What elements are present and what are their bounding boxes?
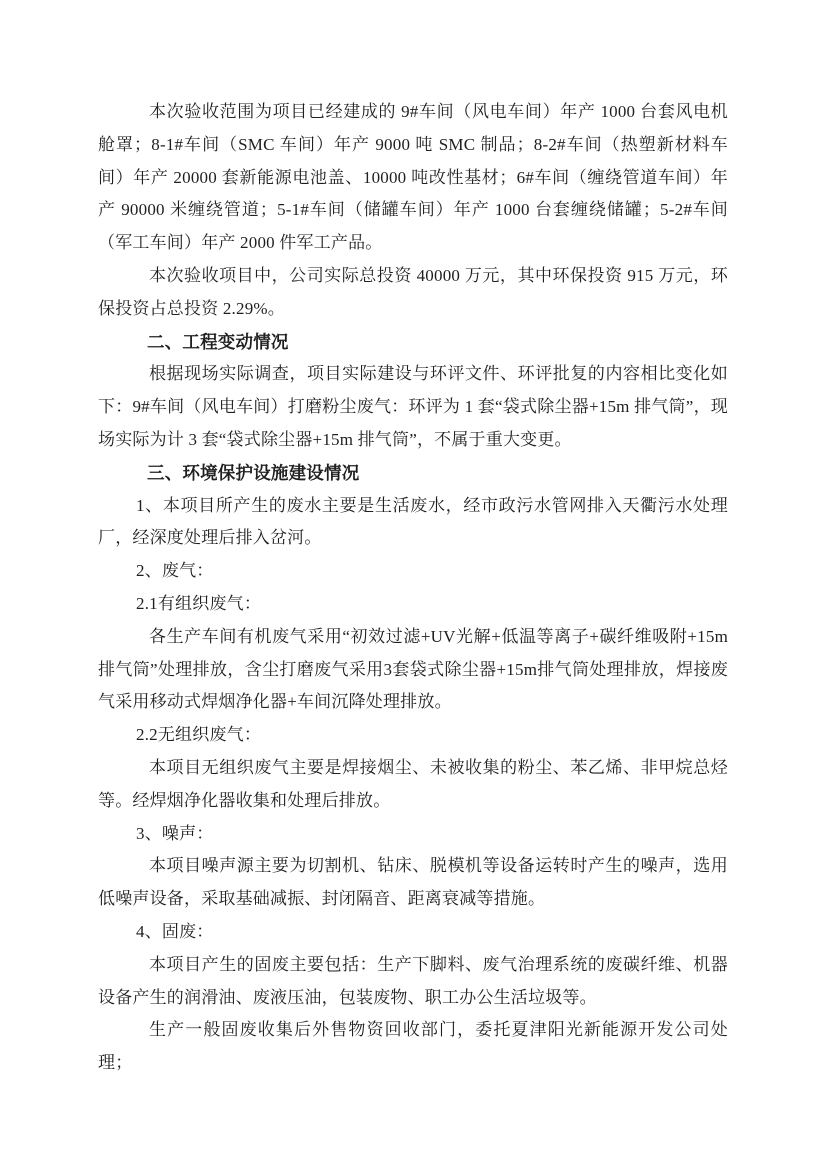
paragraph: 3、噪声：	[98, 818, 728, 851]
document-page: 本次验收范围为项目已经建成的 9#车间（风电车间）年产 1000 台套风电机舱罩…	[0, 0, 827, 1169]
paragraph: 各生产车间有机废气采用“初效过滤+UV光解+低温等离子+碳纤维吸附+15m排气筒…	[98, 621, 728, 719]
paragraph: 本项目噪声源主要为切割机、钻床、脱模机等设备运转时产生的噪声，选用低噪声设备，采…	[98, 850, 728, 916]
paragraph: 根据现场实际调查，项目实际建设与环评文件、环评批复的内容相比变化如下：9#车间（…	[98, 358, 728, 456]
paragraph: 2.2无组织废气：	[98, 719, 728, 752]
paragraph: 1、本项目所产生的废水主要是生活废水，经市政污水管网排入天衢污水处理厂，经深度处…	[98, 490, 728, 556]
paragraph: 本次验收项目中，公司实际总投资 40000 万元，其中环保投资 915 万元，环…	[98, 260, 728, 326]
paragraph: 本次验收范围为项目已经建成的 9#车间（风电车间）年产 1000 台套风电机舱罩…	[98, 96, 728, 260]
paragraph: 生产一般固废收集后外售物资回收部门，委托夏津阳光新能源开发公司处理；	[98, 1014, 728, 1080]
document-content: 本次验收范围为项目已经建成的 9#车间（风电车间）年产 1000 台套风电机舱罩…	[98, 96, 728, 1080]
paragraph: 2.1有组织废气：	[98, 588, 728, 621]
paragraph: 4、固废：	[98, 916, 728, 949]
section-heading: 二、工程变动情况	[98, 326, 728, 359]
paragraph: 2、废气：	[98, 555, 728, 588]
section-heading: 三、环境保护设施建设情况	[98, 457, 728, 490]
paragraph: 本项目产生的固废主要包括：生产下脚料、废气治理系统的废碳纤维、机器设备产生的润滑…	[98, 949, 728, 1015]
paragraph: 本项目无组织废气主要是焊接烟尘、未被收集的粉尘、苯乙烯、非甲烷总烃等。经焊烟净化…	[98, 752, 728, 818]
